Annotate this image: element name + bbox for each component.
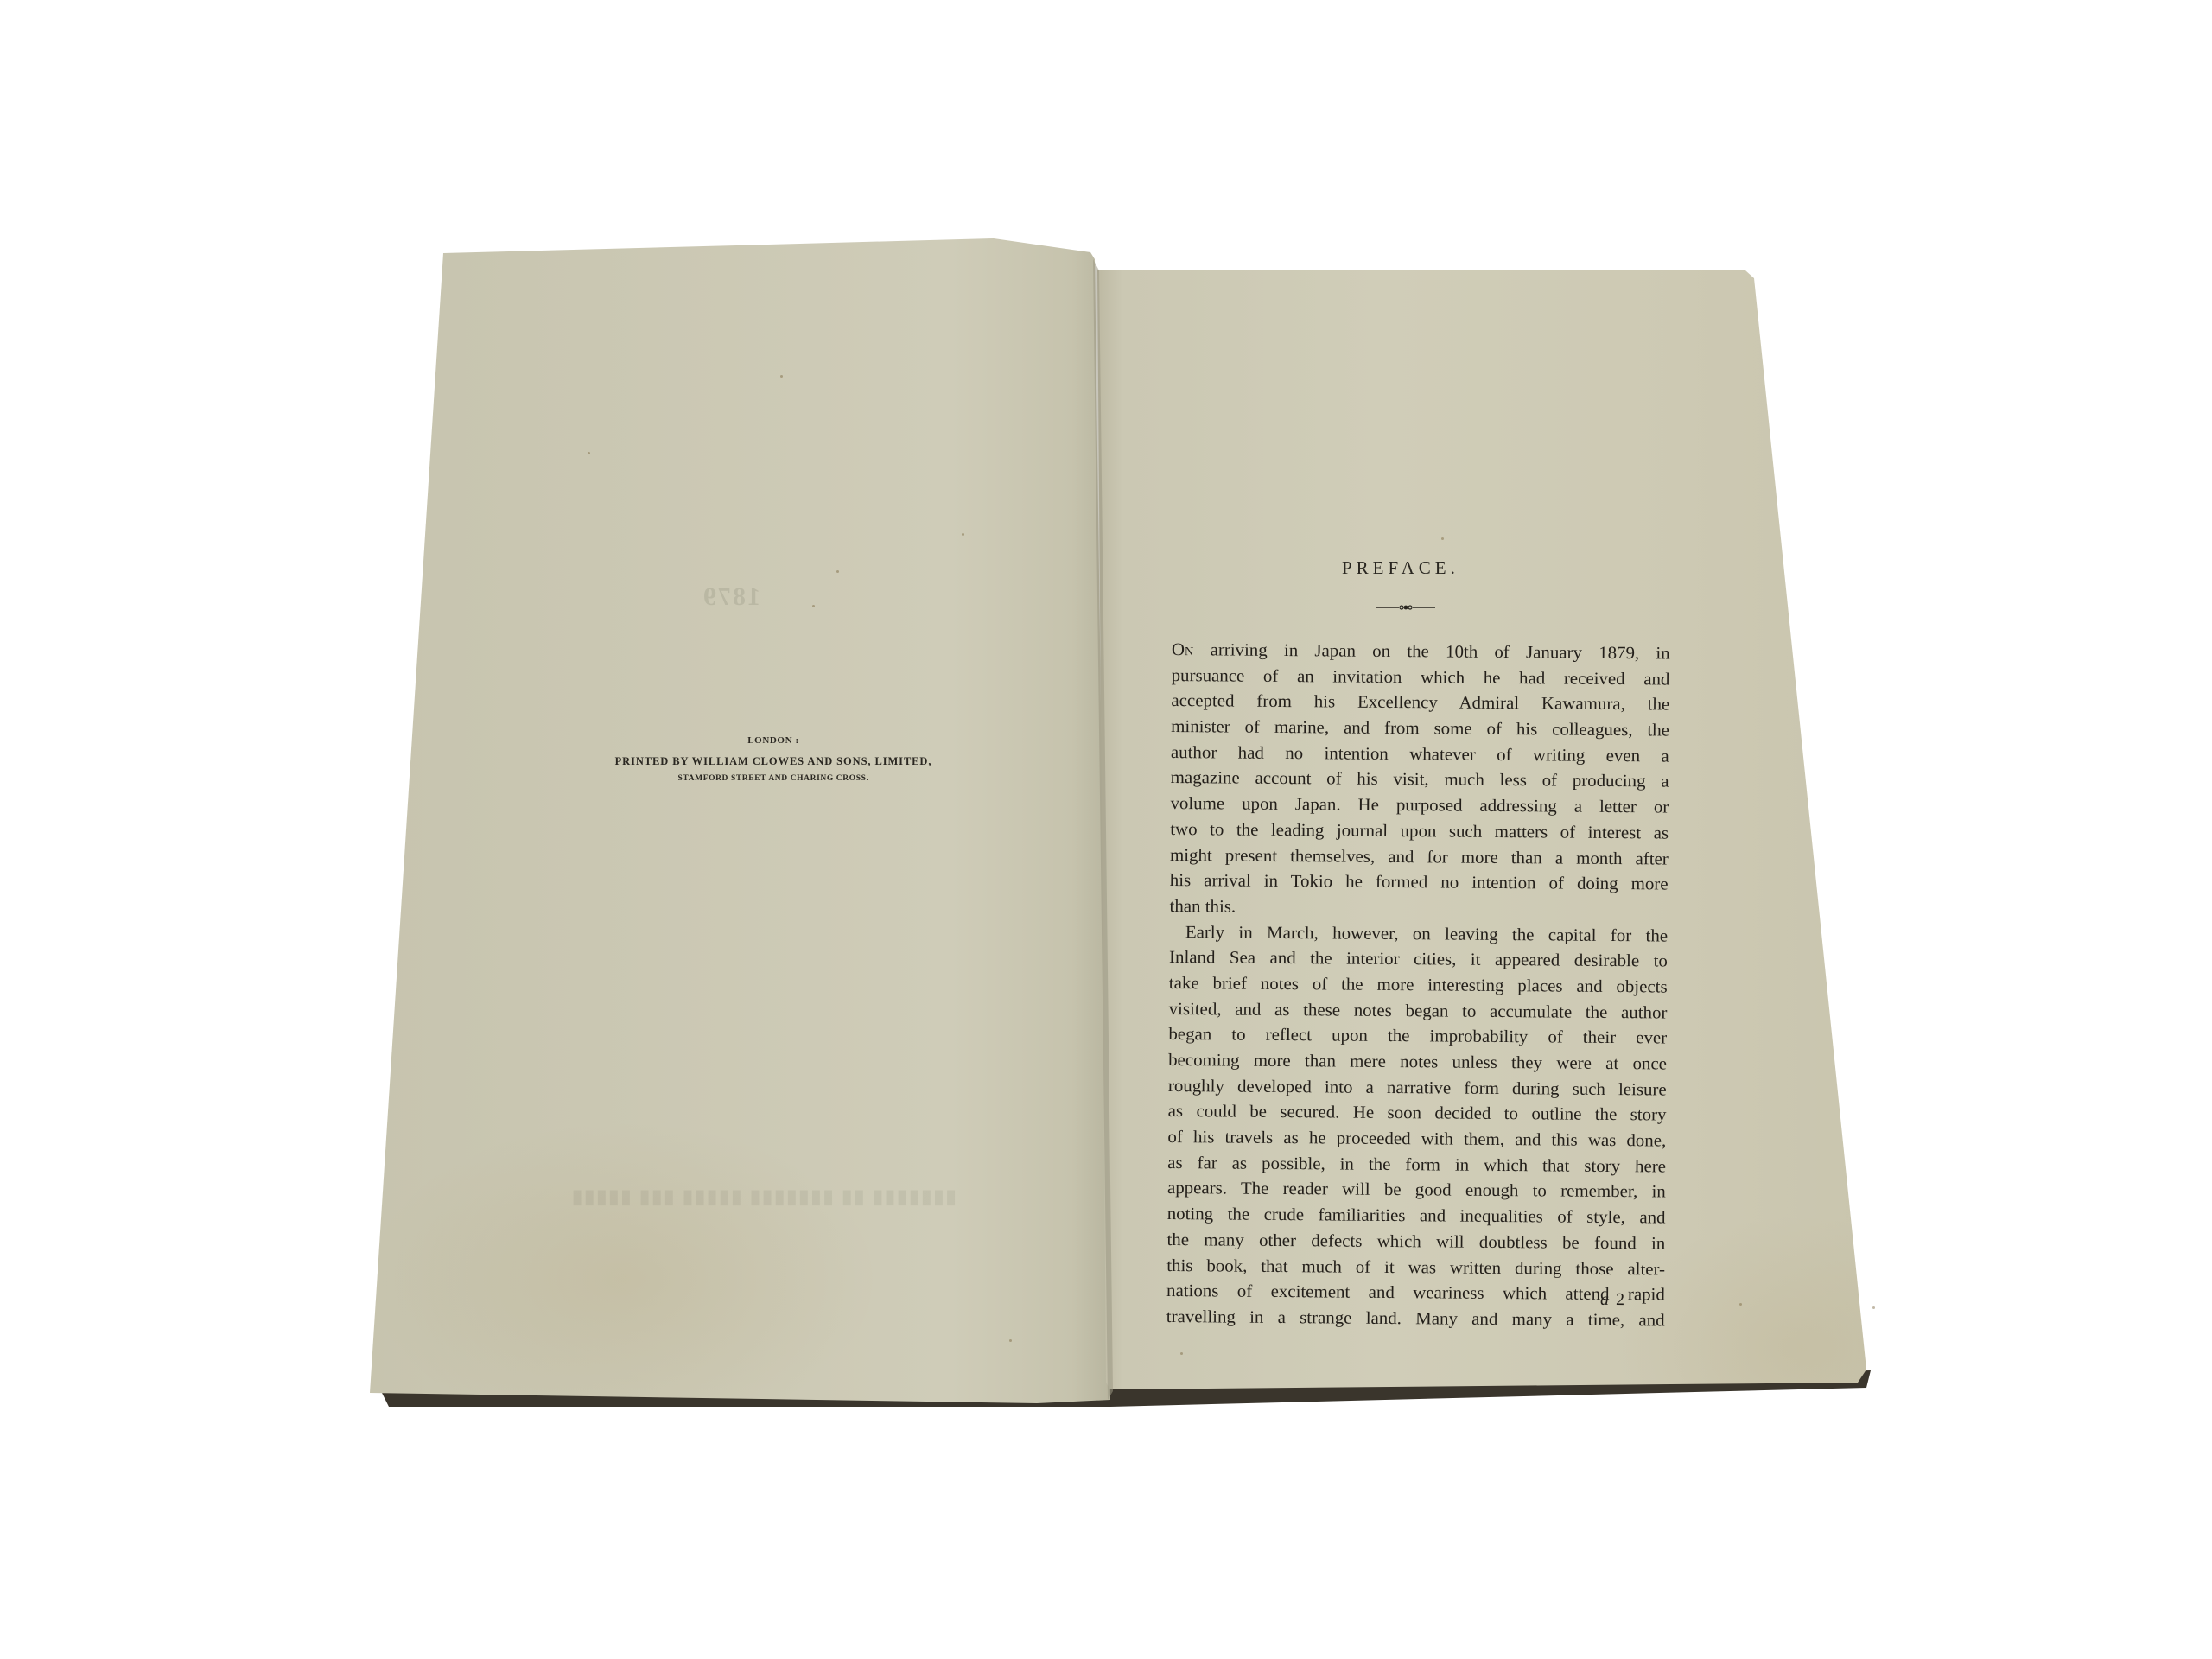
text-line: nations of excitement and weariness whic… (1166, 1279, 1665, 1308)
foxing-spot (1872, 1306, 1875, 1309)
imprint-address: STAMFORD STREET AND CHARING CROSS. (596, 774, 950, 783)
text-line: than this. (1169, 894, 1668, 924)
text-line: the many other defects which will doubtl… (1166, 1228, 1665, 1257)
text-line-rest: arriving in Japan on the 10th of January… (1193, 640, 1669, 663)
text-line: noting the crude familiarities and inequ… (1167, 1202, 1666, 1231)
text-line: minister of marine, and from some of his… (1171, 715, 1669, 744)
text-line: magazine account of his visit, much less… (1171, 766, 1669, 795)
preface-body: On arriving in Japan on the 10th of Janu… (1166, 638, 1670, 1334)
text-line: travelling in a strange land. Many and m… (1166, 1305, 1665, 1334)
foxing-spot (1180, 1352, 1183, 1355)
text-line: two to the leading journal upon such mat… (1170, 817, 1669, 847)
page-title: PREFACE. (1342, 557, 1459, 579)
foxing-spot (962, 533, 964, 536)
text-line: this book, that much of it was written d… (1166, 1253, 1665, 1282)
text-line: becoming more than mere notes unless the… (1168, 1048, 1667, 1077)
foxing-spot (836, 570, 839, 573)
text-line: began to reflect upon the improbability … (1168, 1022, 1667, 1052)
signature-mark: a2 (1600, 1290, 1624, 1310)
bleed-through-line: ▮▮▮▮▮▮▮ ▮▮ ▮▮▮▮▮▮▮ ▮▮▮▮▮ ▮▮▮ ▮▮▮▮▮ (570, 1185, 957, 1208)
text-line: appears. The reader will be good enough … (1167, 1176, 1666, 1205)
imprint-printer: PRINTED BY WILLIAM CLOWES AND SONS, LIMI… (596, 755, 950, 768)
text-line: might present themselves, and for more t… (1170, 842, 1669, 872)
text-line: On arriving in Japan on the 10th of Janu… (1172, 638, 1670, 667)
text-line: take brief notes of the more interesting… (1169, 971, 1668, 1001)
text-line: volume upon Japan. He purposed addressin… (1170, 791, 1669, 821)
ornament-rule-icon (1376, 603, 1435, 612)
text-line: visited, and as these notes began to acc… (1169, 997, 1668, 1027)
text-line: Early in March, however, on leaving the … (1169, 920, 1668, 950)
text-line: accepted from his Excellency Admiral Kaw… (1171, 689, 1669, 718)
text-line: roughly developed into a narrative form … (1168, 1074, 1667, 1103)
text-line: pursuance of an invitation which he had … (1172, 664, 1670, 693)
drop-word: On (1172, 640, 1194, 659)
foxing-spot (1009, 1339, 1012, 1342)
signature-letter: a (1600, 1290, 1609, 1309)
foxing-spot (588, 452, 590, 454)
right-page (0, 0, 2212, 1659)
open-book: 1879 ▮▮▮▮▮▮▮ ▮▮ ▮▮▮▮▮▮▮ ▮▮▮▮▮ ▮▮▮ ▮▮▮▮▮ … (0, 0, 2212, 1659)
foxing-spot (812, 605, 815, 607)
foxing-spot (780, 375, 783, 378)
text-line: of his travels as he proceeded with them… (1167, 1125, 1666, 1154)
text-line: his arrival in Tokio he formed no intent… (1170, 868, 1669, 898)
bleed-through-mark: 1879 (702, 582, 760, 612)
text-line: as could be secured. He soon decided to … (1168, 1099, 1667, 1128)
imprint-city: LONDON : (596, 735, 950, 746)
text-line: as far as possible, in the form in which… (1167, 1151, 1666, 1180)
signature-number: 2 (1616, 1290, 1624, 1309)
foxing-spot (1441, 537, 1444, 540)
text-line: author had no intention whatever of writ… (1171, 741, 1669, 770)
text-line: Inland Sea and the interior cities, it a… (1169, 945, 1668, 975)
foxing-spot (1739, 1303, 1742, 1306)
